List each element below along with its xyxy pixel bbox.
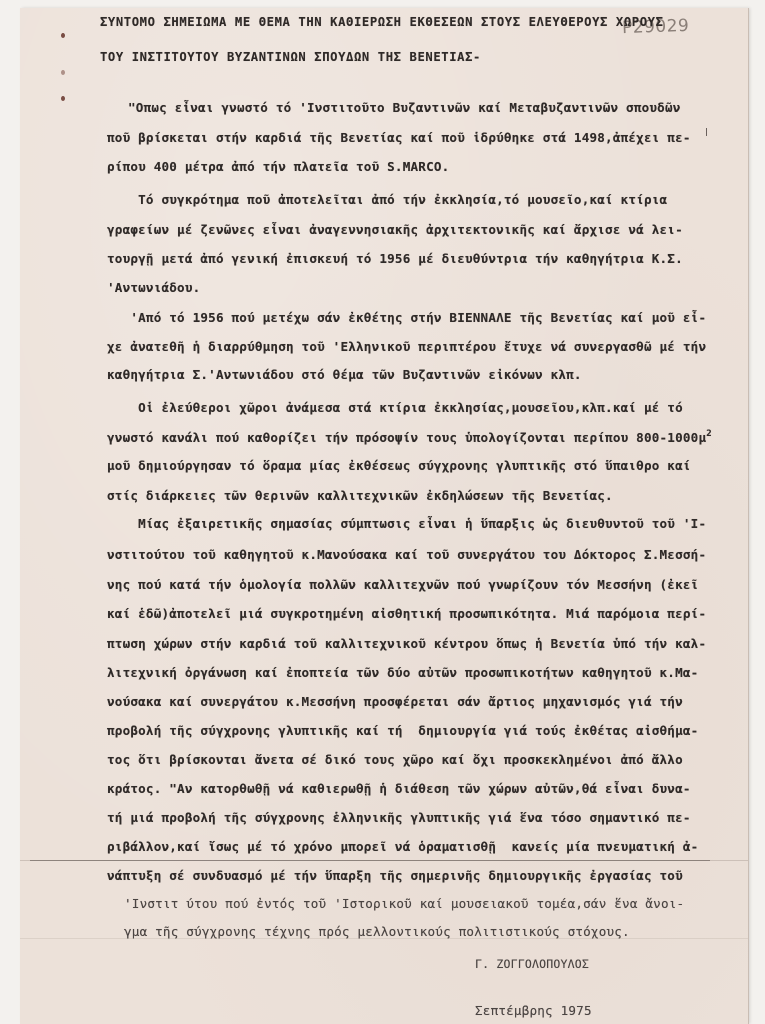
punch-hole-mark bbox=[61, 70, 65, 75]
body-line: Τό συγκρότημα ποῦ ἀποτελεῖται ἀπό τήν ἐκ… bbox=[107, 192, 667, 207]
body-line: ποῦ βρίσκεται στήν καρδιά τῆς Βενετίας κ… bbox=[107, 130, 691, 145]
body-line: τή μιά προβολή τῆς σύγχρονης ἑλληνικῆς γ… bbox=[107, 810, 691, 825]
body-line: λιτεχνική ὀργάνωση καί ἐποπτεία τῶν δύο … bbox=[107, 665, 698, 680]
punch-hole-mark bbox=[61, 96, 65, 101]
body-line: Οἱ ἐλεύθεροι χῶροι ἀνάμεσα στά κτίρια ἐκ… bbox=[107, 400, 683, 415]
body-line: χε ἀνατεθῆ ἡ διαρρύθμηση τοῦ 'Ελληνικοῦ … bbox=[107, 339, 706, 354]
sheet-edge-line bbox=[30, 860, 710, 861]
body-line: 'Ινστιτ ύτου πού ἐντός τοῦ 'Ιστορικοῦ κα… bbox=[124, 896, 684, 911]
body-line: γραφείων μέ ζενῶνες εἶναι ἀναγεννησιακῆς… bbox=[107, 222, 683, 237]
body-line: "Οπως εἶναι γνωστό τό 'Ινστιτοῦτο Βυζαντ… bbox=[128, 100, 681, 115]
document-heading-line-1: ΣΥΝΤΟΜΟ ΣΗΜΕΙΩΜΑ ΜΕ ΘΕΜΑ ΤΗΝ ΚΑΘΙΕΡΩΣΗ Ε… bbox=[100, 15, 664, 29]
body-line: πτωση χώρων στήν καρδιά τοῦ καλλιτεχνικο… bbox=[107, 636, 706, 651]
body-line: καθηγήτρια Σ.'Αντωνιάδου στό θέμα τῶν Βυ… bbox=[107, 367, 582, 382]
body-line: 'Αντωνιάδου. bbox=[107, 280, 200, 295]
body-line: ρίπου 400 μέτρα ἀπό τήν πλατεῖα τοῦ S.MA… bbox=[107, 159, 449, 174]
body-line: τουργῇ μετά ἀπό γενική ἐπισκευή τό 1956 … bbox=[107, 251, 683, 266]
body-line-text: γνωστό κανάλι πού καθορίζει τήν πρόσοψίν… bbox=[107, 430, 706, 445]
body-line: προβολή τῆς σύγχρονης γλυπτικῆς καί τή δ… bbox=[107, 723, 698, 738]
body-line: νάπτυξη σέ συνδυασμό μέ τήν ὕπαρξη τῆς σ… bbox=[107, 868, 683, 883]
body-line: γμα τῆς σύγχρονης τέχνης πρός μελλοντικο… bbox=[124, 924, 630, 939]
body-line: νούσακα καί συνεργάτου κ.Μεσσήνη προσφέρ… bbox=[107, 694, 683, 709]
punch-hole-mark bbox=[61, 33, 65, 38]
signature-name: Γ. ΖΟΓΓΟΛΟΠΟΥΛΟΣ bbox=[475, 957, 589, 971]
body-line: στίς διάρκειες τῶν θερινῶν καλλιτεχνικῶν… bbox=[107, 488, 613, 503]
body-line: καί ἑδῶ)ἀποτελεῖ μιά συγκροτημένη αἰσθητ… bbox=[107, 606, 706, 621]
body-line: μοῦ δημιούργησαν τό ὅραμα μίας ἐκθέσεως … bbox=[107, 458, 691, 473]
document-heading-line-2: ΤΟΥ ΙΝΣΤΙΤΟΥΤΟΥ ΒΥΖΑΝΤΙΝΩΝ ΣΠΟΥΔΩΝ ΤΗΣ Β… bbox=[100, 50, 481, 64]
body-line: Μίας ἐξαιρετικῆς σημασίας σύμπτωσις εἶνα… bbox=[107, 516, 706, 531]
margin-mark bbox=[706, 128, 707, 136]
body-line: νης πού κατά τήν ὁμολογία πολλῶν καλλιτε… bbox=[107, 577, 698, 592]
superscript-squared: 2 bbox=[706, 429, 712, 439]
body-line: νστιτούτου τοῦ καθηγητοῦ κ.Μανούσακα καί… bbox=[107, 547, 706, 562]
body-line: ριβάλλον,καί ἴσως μέ τό χρόνο μπορεῖ νά … bbox=[107, 839, 698, 854]
document-date: Σεπτέμβρης 1975 bbox=[475, 1003, 592, 1018]
body-line: τος ὅτι βρίσκονται ἄνετα σέ δικό τους χῶ… bbox=[107, 752, 683, 767]
body-line: γνωστό κανάλι πού καθορίζει τήν πρόσοψίν… bbox=[107, 429, 712, 445]
body-line: 'Από τό 1956 πού μετέχω σάν ἐκθέτης στήν… bbox=[107, 310, 706, 325]
body-line: κράτος. "Αν κατορθωθῇ νά καθιερωθῇ ἡ διά… bbox=[107, 781, 691, 796]
